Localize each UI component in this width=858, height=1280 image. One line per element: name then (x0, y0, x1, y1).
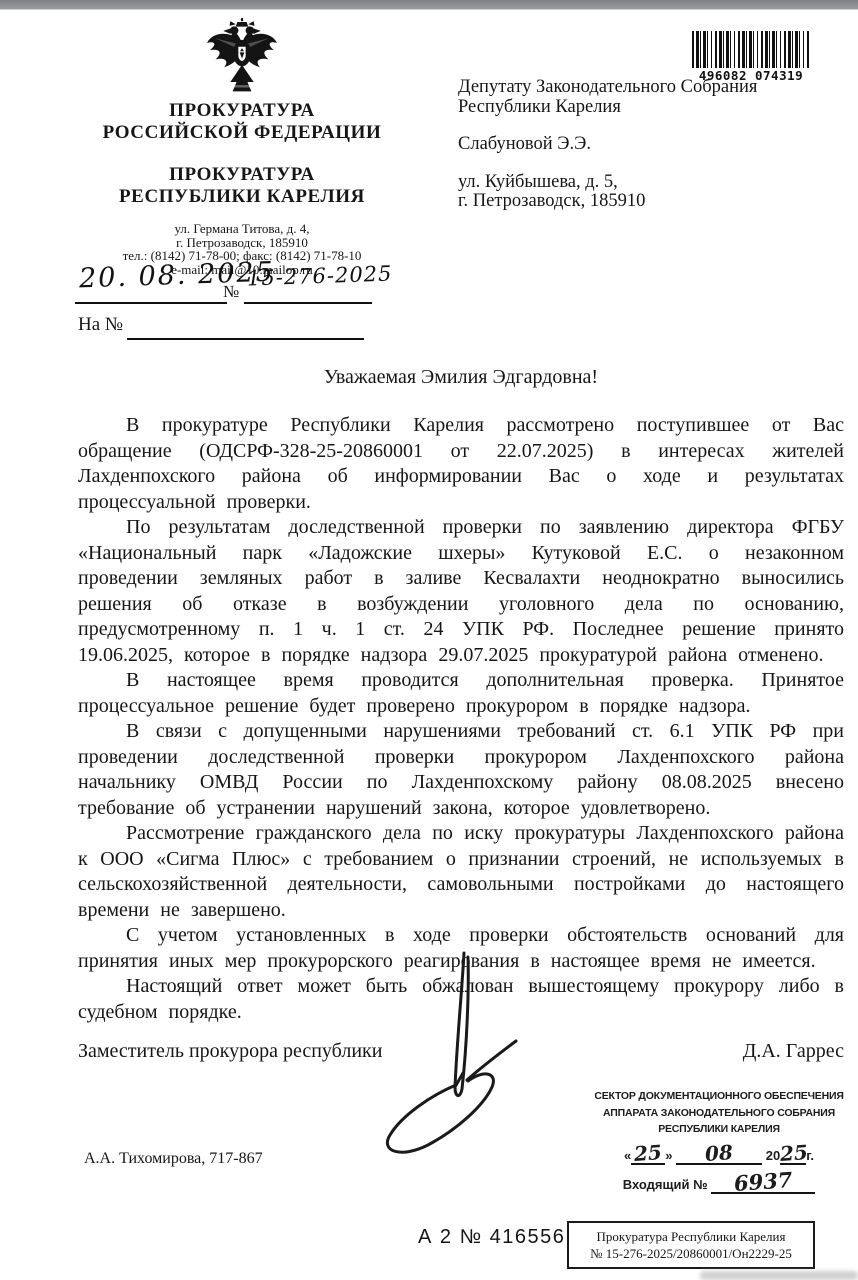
scanned-letter-page: ПРОКУРАТУРА РОССИЙСКОЙ ФЕДЕРАЦИИ ПРОКУРА… (0, 0, 858, 1280)
signature-row: Заместитель прокурора республики Д.А. Га… (78, 1040, 844, 1063)
registration-stamp-box: Прокуратура Республики Карелия № 15-276-… (567, 1221, 815, 1269)
year-prefix: 20 (766, 1148, 780, 1163)
stamp-line2: АППАРАТА ЗАКОНОДАТЕЛЬНОГО СОБРАНИЯ (588, 1105, 850, 1122)
date-underline (75, 302, 227, 304)
quote-close: » (665, 1148, 672, 1163)
org-name-line3: ПРОКУРАТУРА (62, 164, 422, 186)
letterhead: ПРОКУРАТУРА РОССИЙСКОЙ ФЕДЕРАЦИИ ПРОКУРА… (62, 18, 422, 276)
quote-open: « (624, 1148, 631, 1163)
org-name-line1: ПРОКУРАТУРА (62, 100, 422, 122)
org-name-line2: РОССИЙСКОЙ ФЕДЕРАЦИИ (62, 122, 422, 144)
number-sign: № (223, 282, 239, 302)
paragraph-2: По результатам доследственной проверки п… (78, 515, 844, 668)
handwritten-date: 20. 08. 2025 (79, 257, 276, 295)
handwritten-month: 08 (705, 1145, 734, 1161)
reg-stamp-org: Прокуратура Республики Карелия (569, 1228, 813, 1245)
org-name-federation: ПРОКУРАТУРА РОССИЙСКОЙ ФЕДЕРАЦИИ (62, 100, 422, 144)
handwritten-day: 25 (634, 1145, 663, 1161)
recipient-street: ул. Куйбышева, д. 5, (458, 173, 808, 193)
russia-coat-of-arms-icon (203, 18, 281, 98)
paragraph-1: В прокуратуре Республики Карелия рассмот… (78, 413, 844, 515)
recipient-name: Слабуновой Э.Э. (458, 135, 808, 155)
recipient-city: г. Петрозаводск, 185910 (458, 192, 808, 212)
scan-edge-bar (0, 0, 858, 10)
stamp-line1: СЕКТОР ДОКУМЕНТАЦИОННОГО ОБЕСПЕЧЕНИЯ (588, 1088, 850, 1105)
number-underline (244, 302, 372, 304)
org-name-line4: РЕСПУБЛИКИ КАРЕЛИЯ (62, 186, 422, 208)
stamp-line3: РЕСПУБЛИКИ КАРЕЛИЯ (588, 1121, 850, 1138)
incoming-label: Входящий № (623, 1177, 708, 1192)
paragraph-5: Рассмотрение гражданского дела по иску п… (78, 821, 844, 923)
paragraph-4: В связи с допущенными нарушениями требов… (78, 719, 844, 821)
recipient-title: Депутату Законодательного Собрания Респу… (458, 78, 808, 117)
reg-stamp-number: № 15-276-2025/20860001/Он2229-25 (569, 1245, 813, 1262)
form-number: А 2 № 416556 (418, 1226, 565, 1249)
recipient-line2: Республики Карелия (458, 98, 808, 118)
handwritten-outgoing-number: 15-276-2025 (247, 261, 393, 290)
reference-number-row: На № (78, 314, 438, 344)
letterhead-city: г. Петрозаводск, 185910 (62, 236, 422, 250)
signer-position: Заместитель прокурора республики (78, 1040, 382, 1063)
org-name-republic: ПРОКУРАТУРА РЕСПУБЛИКИ КАРЕЛИЯ (62, 164, 422, 208)
stamp-date-line: «25» 08 2025г. (588, 1146, 850, 1165)
letter-body: Уважаемая Эмилия Эдгардовна! В прокурату… (78, 366, 844, 1025)
paragraph-3: В настоящее время проводится дополнитель… (78, 668, 844, 719)
reference-label: На № (78, 314, 123, 335)
date-number-row: 20. 08. 2025 № 15-276-2025 (75, 258, 435, 314)
recipient-line1: Депутату Законодательного Собрания (458, 78, 808, 98)
incoming-number-line: Входящий № 6937 (588, 1175, 850, 1194)
incoming-stamp: СЕКТОР ДОКУМЕНТАЦИОННОГО ОБЕСПЕЧЕНИЯ АПП… (588, 1088, 850, 1194)
barcode: 496082 074319 (692, 31, 810, 81)
scan-smudge (700, 1271, 858, 1280)
salutation: Уважаемая Эмилия Эдгардовна! (78, 366, 844, 389)
executor-line: А.А. Тихомирова, 717-867 (84, 1150, 263, 1168)
paragraph-7: Настоящий ответ может быть обжалован выш… (78, 974, 844, 1025)
handwritten-incoming-number: 6937 (734, 1172, 793, 1190)
signer-name: Д.А. Гаррес (743, 1040, 844, 1063)
paragraph-6: С учетом установленных в ходе проверки о… (78, 923, 844, 974)
handwritten-year: 25 (780, 1145, 809, 1161)
reference-blank-line (127, 338, 364, 340)
recipient-block: Депутату Законодательного Собрания Респу… (458, 78, 808, 230)
letterhead-street: ул. Германа Титова, д. 4, (62, 222, 422, 236)
recipient-address: ул. Куйбышева, д. 5, г. Петрозаводск, 18… (458, 173, 808, 212)
